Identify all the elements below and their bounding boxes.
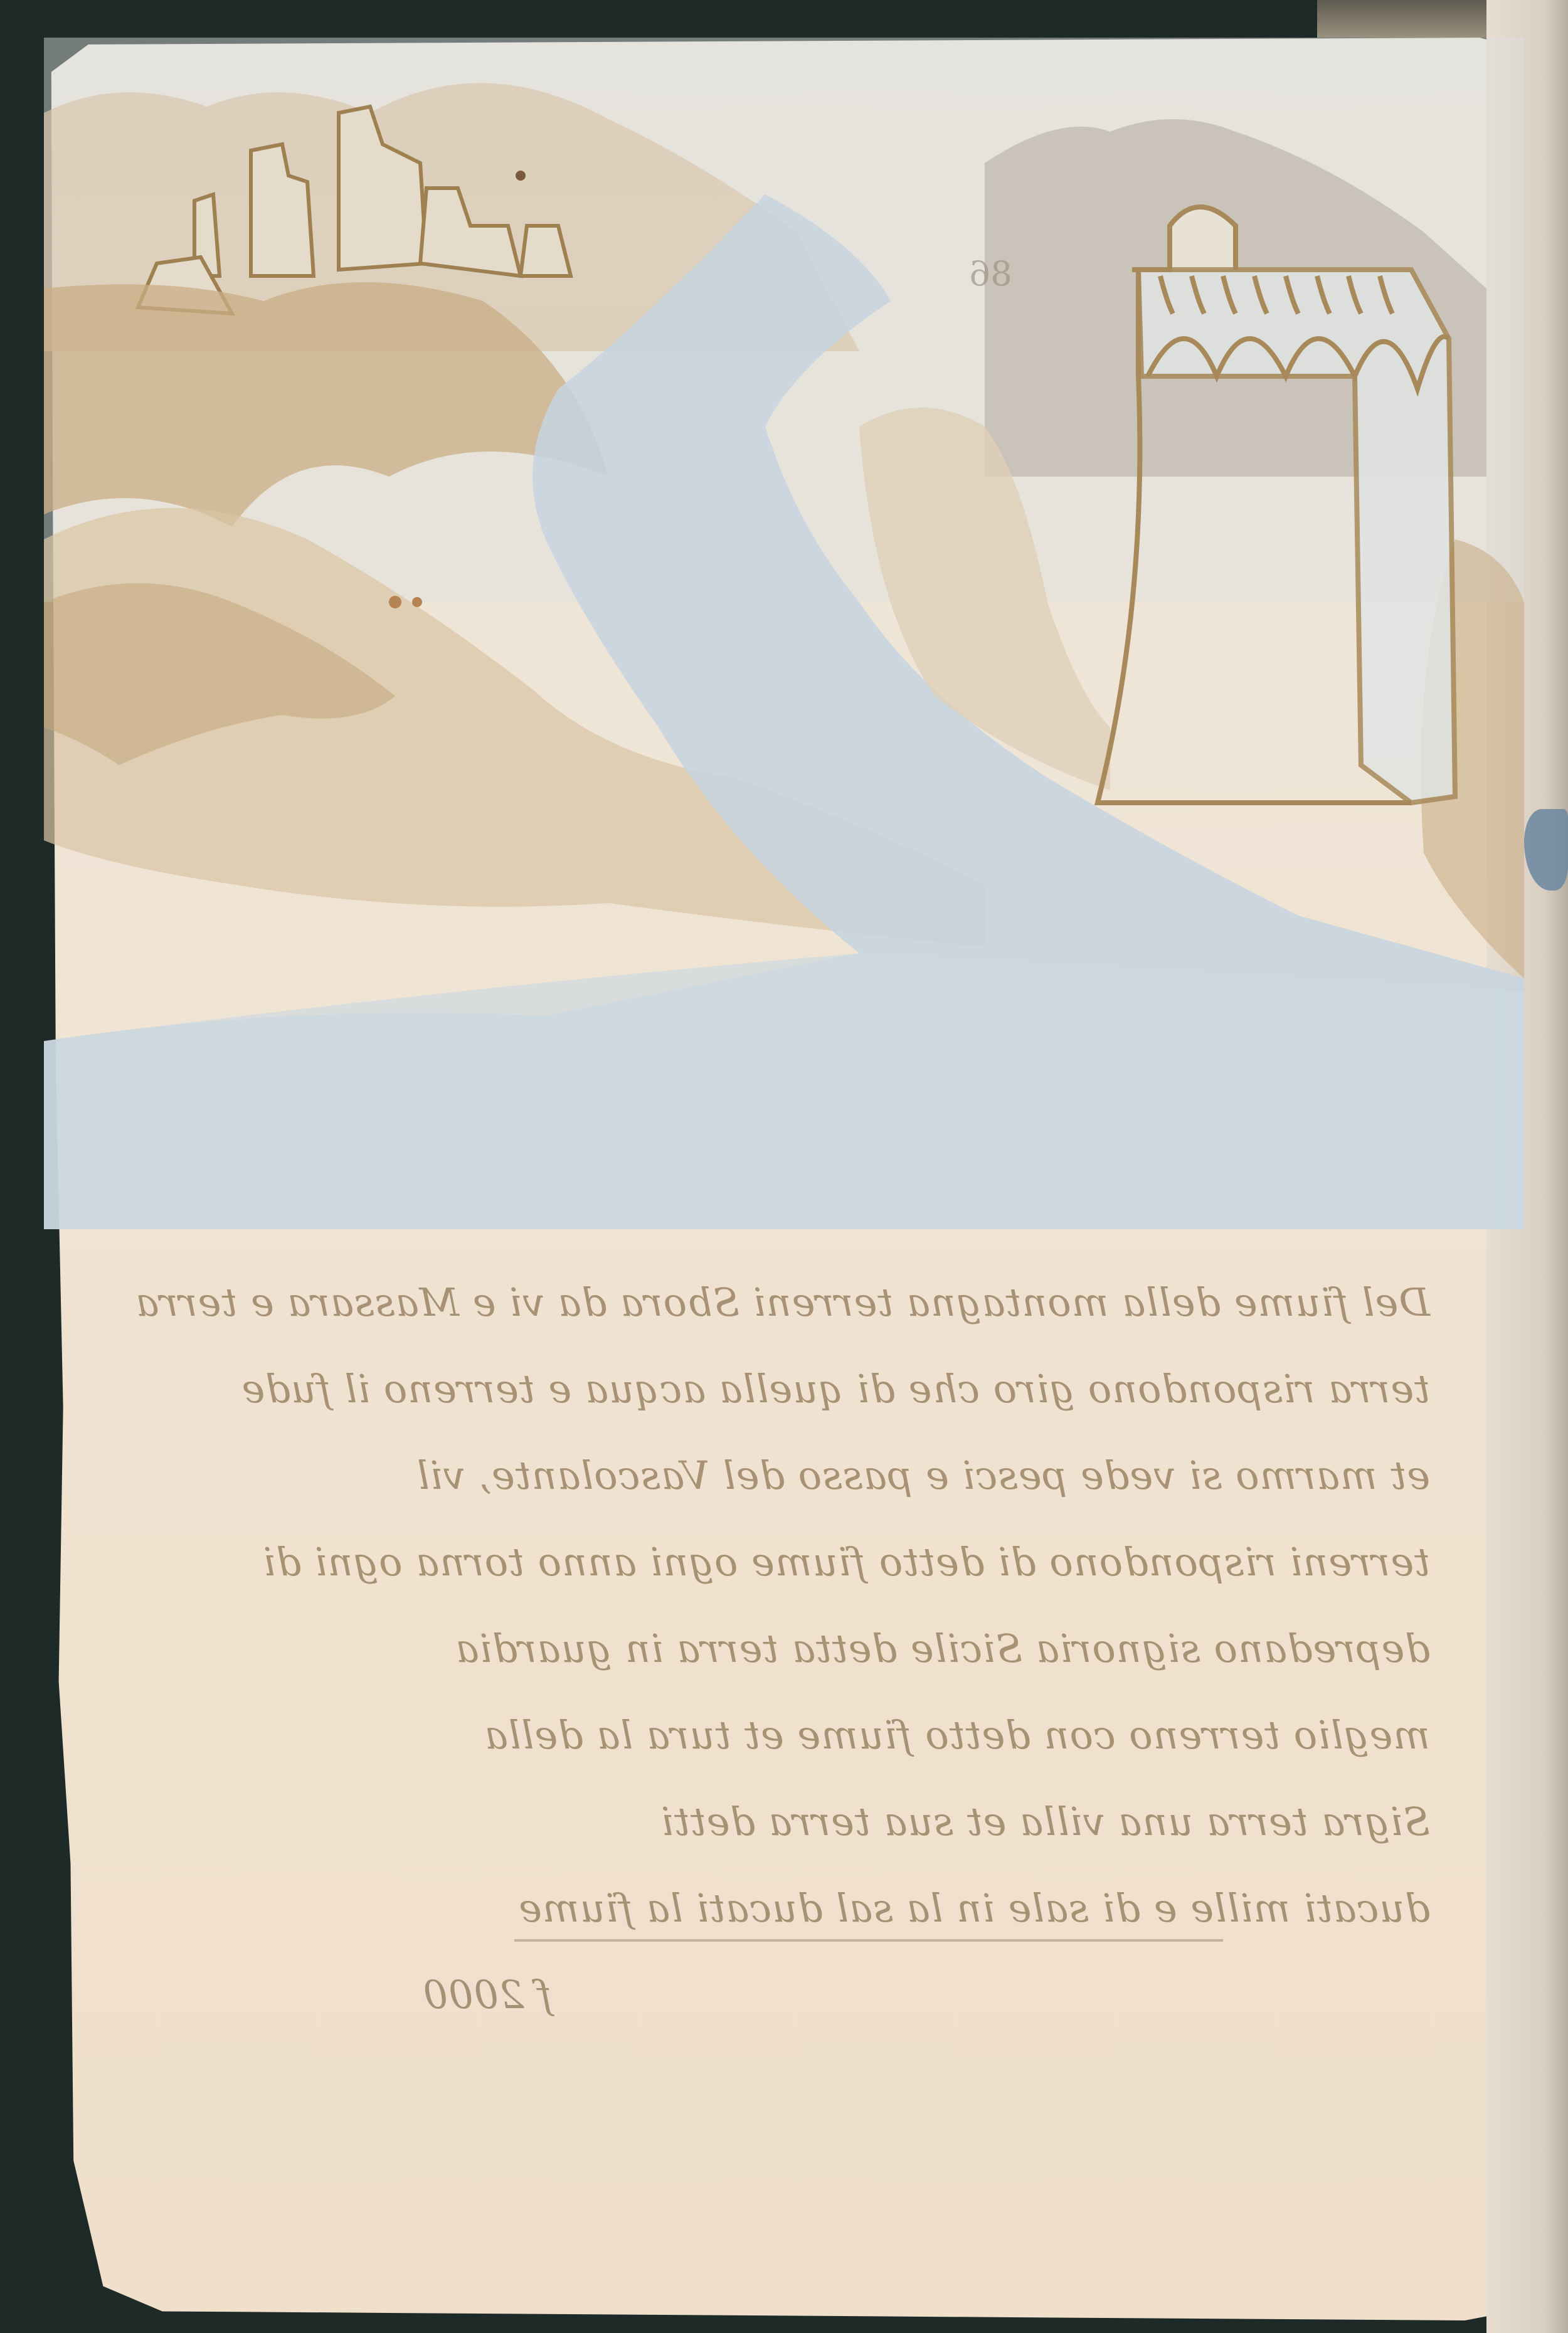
- handwriting-line: terreni rispondono di detto fiume ogni a…: [82, 1539, 1430, 1626]
- total-underline: [514, 1939, 1223, 1942]
- watercolor-drawing: [44, 38, 1524, 1229]
- handwriting-line: ducati mille e di sale in la sal ducati …: [82, 1885, 1430, 1972]
- handwriting-line: terra rispondono giro che di quella acqu…: [82, 1366, 1430, 1452]
- handwriting-line: Del fiume della montagna terreni Sbora d…: [82, 1279, 1430, 1366]
- handwriting-line: depredano signoria Sicile detta terra in…: [82, 1626, 1430, 1712]
- handwriting-line: et marmo si vede pesci e passo del Vasco…: [82, 1452, 1430, 1539]
- folio-number: 86: [969, 254, 1012, 294]
- handwriting-line: Sigra terra una villa et sua terra detti: [82, 1799, 1430, 1885]
- handwriting-total: f 2000: [82, 1972, 1430, 2058]
- handwriting-line: meglio terreno con detto fiume et tura l…: [82, 1712, 1430, 1799]
